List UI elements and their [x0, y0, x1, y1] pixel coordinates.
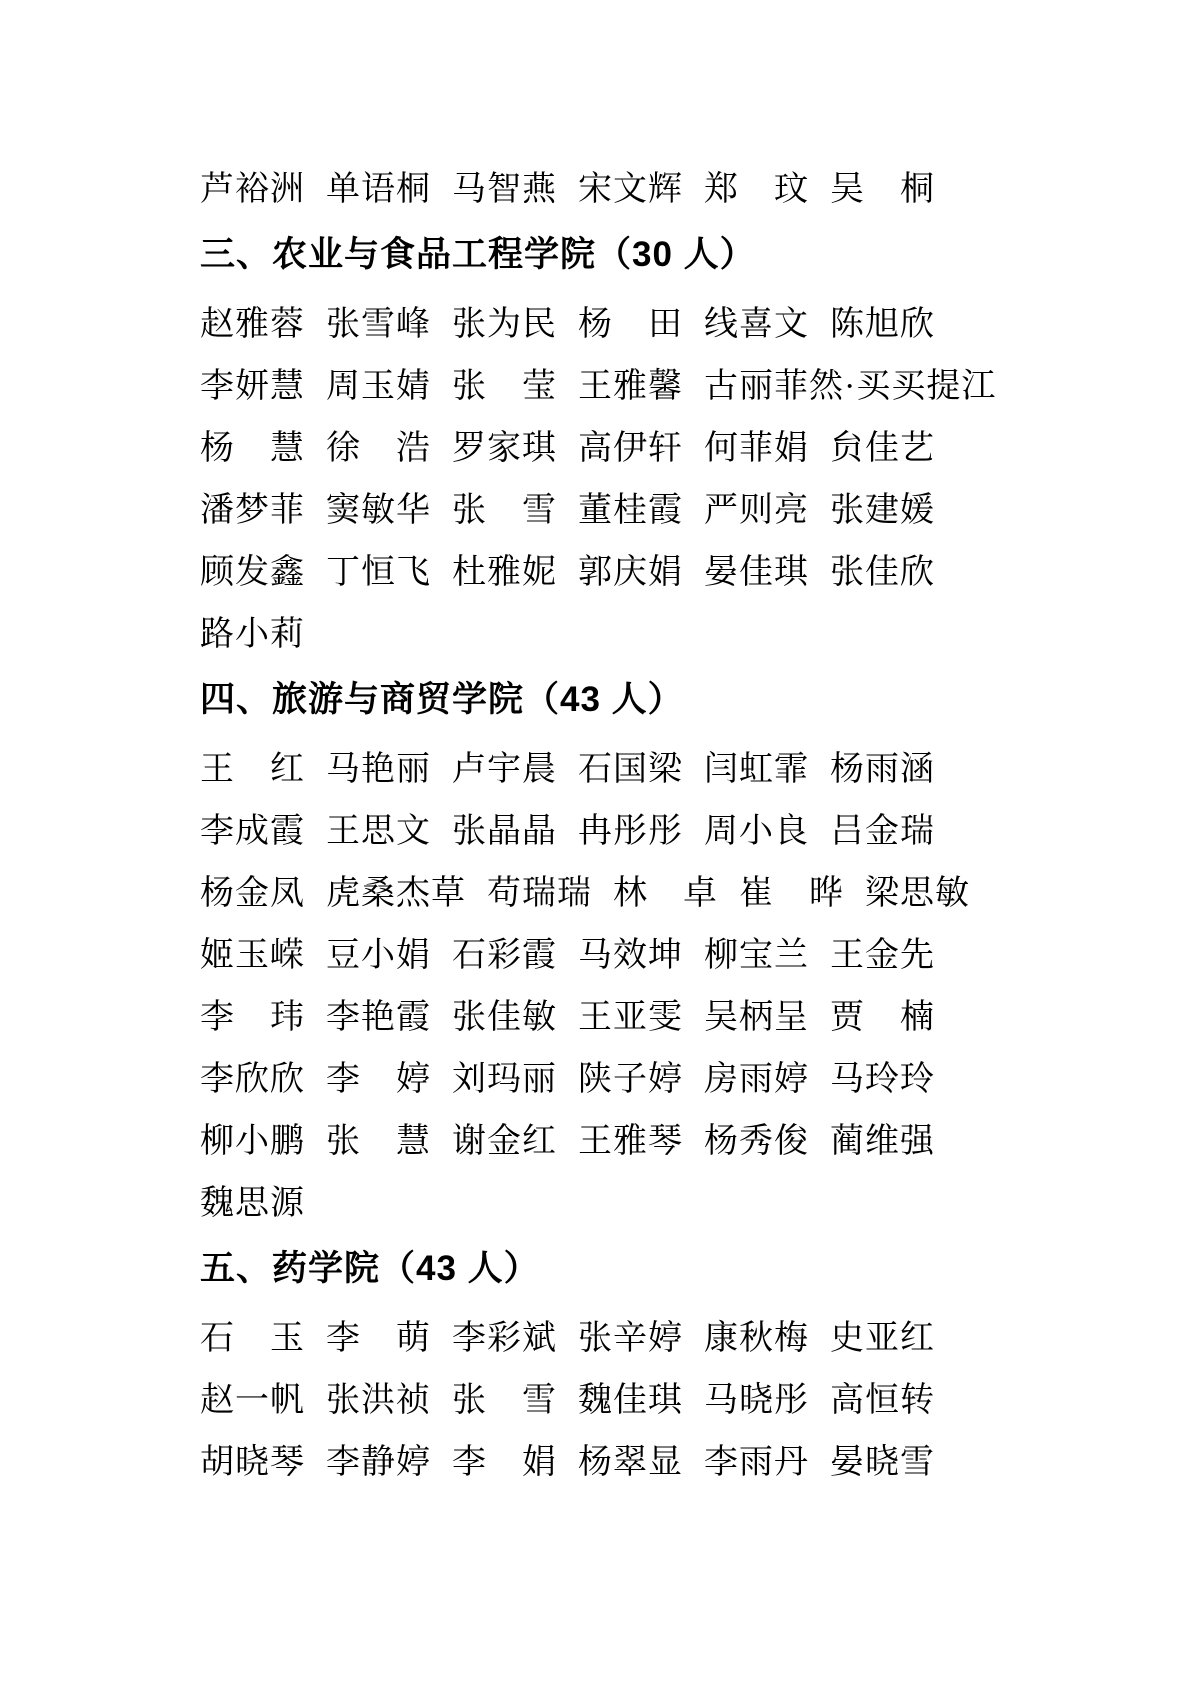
person-name: 卢宇晨 — [452, 752, 557, 787]
person-name: 马艳丽 — [326, 752, 431, 787]
person-name: 梁思敏 — [865, 876, 970, 911]
person-name: 闫虹霏 — [704, 752, 809, 787]
person-name: 石彩霞 — [452, 938, 557, 973]
person-name: 张辛婷 — [578, 1321, 683, 1356]
person-name: 姬玉嵘 — [200, 938, 305, 973]
name-row: 潘梦菲 窦敏华 张 雪 董桂霞 严则亮 张建媛 — [200, 493, 990, 528]
person-name: 赵雅蓉 — [200, 307, 305, 342]
person-name: 杨 田 — [578, 307, 683, 342]
person-name: 晏佳琪 — [704, 555, 809, 590]
person-name: 潘梦菲 — [200, 493, 305, 528]
person-name: 马玲玲 — [830, 1062, 935, 1097]
person-name: 周玉婧 — [326, 369, 431, 404]
section-heading-pharmacy: 五、药学院（43 人） — [200, 1249, 990, 1289]
person-name: 张 慧 — [326, 1124, 431, 1159]
person-name: 郭庆娟 — [578, 555, 683, 590]
person-name: 古丽菲然·买买提江 — [704, 369, 996, 404]
person-name: 杜雅妮 — [452, 555, 557, 590]
person-name: 豆小娟 — [326, 938, 431, 973]
name-row: 赵一帆 张洪祯 张 雪 魏佳琪 马晓彤 高恒转 — [200, 1383, 990, 1418]
person-name: 李 玮 — [200, 1000, 305, 1035]
person-name: 杨雨涵 — [830, 752, 935, 787]
person-name: 谢金红 — [452, 1124, 557, 1159]
person-name: 罗家琪 — [452, 431, 557, 466]
name-row-continuation: 芦裕洲 单语桐 马智燕 宋文辉 郑 玟 吴 桐 — [200, 172, 990, 207]
person-name: 窦敏华 — [326, 493, 431, 528]
person-name: 虎桑杰草 — [326, 876, 466, 911]
person-name: 王金先 — [830, 938, 935, 973]
person-name: 赵一帆 — [200, 1383, 305, 1418]
person-name: 崔 晔 — [739, 876, 844, 911]
person-name: 康秋梅 — [704, 1321, 809, 1356]
person-name: 陕子婷 — [578, 1062, 683, 1097]
person-name: 蔺维强 — [830, 1124, 935, 1159]
person-name: 王 红 — [200, 752, 305, 787]
person-name: 路小莉 — [200, 617, 305, 652]
person-name: 张建媛 — [830, 493, 935, 528]
person-name: 马智燕 — [452, 172, 557, 207]
person-name: 苟瑞瑞 — [487, 876, 592, 911]
section-heading-agriculture-food-engineering: 三、农业与食品工程学院（30 人） — [200, 235, 990, 275]
person-name: 线喜文 — [704, 307, 809, 342]
person-name: 何菲娟 — [704, 431, 809, 466]
person-name: 魏思源 — [200, 1186, 305, 1221]
person-name: 杨秀俊 — [704, 1124, 809, 1159]
person-name: 柳宝兰 — [704, 938, 809, 973]
name-row: 柳小鹏 张 慧 谢金红 王雅琴 杨秀俊 蔺维强 — [200, 1124, 990, 1159]
name-row: 李成霞 王思文 张晶晶 冉彤彤 周小良 吕金瑞 — [200, 814, 990, 849]
person-name: 石国梁 — [578, 752, 683, 787]
person-name: 芦裕洲 — [200, 172, 305, 207]
name-row: 赵雅蓉 张雪峰 张为民 杨 田 线喜文 陈旭欣 — [200, 307, 990, 342]
name-row: 李妍慧 周玉婧 张 莹 王雅馨 古丽菲然·买买提江 — [200, 369, 990, 404]
name-row: 顾发鑫 丁恒飞 杜雅妮 郭庆娟 晏佳琪 张佳欣 — [200, 555, 990, 590]
person-name: 张晶晶 — [452, 814, 557, 849]
person-name: 李艳霞 — [326, 1000, 431, 1035]
person-name: 贠佳艺 — [830, 431, 935, 466]
person-name: 冉彤彤 — [578, 814, 683, 849]
person-name: 单语桐 — [326, 172, 431, 207]
person-name: 王雅馨 — [578, 369, 683, 404]
person-name: 杨翠显 — [578, 1445, 683, 1480]
person-name: 顾发鑫 — [200, 555, 305, 590]
person-name: 贾 楠 — [830, 1000, 935, 1035]
person-name: 王雅琴 — [578, 1124, 683, 1159]
person-name: 杨金凤 — [200, 876, 305, 911]
name-row: 李 玮 李艳霞 张佳敏 王亚雯 吴柄呈 贾 楠 — [200, 1000, 990, 1035]
person-name: 李妍慧 — [200, 369, 305, 404]
person-name: 吴 桐 — [830, 172, 935, 207]
name-row: 杨金凤 虎桑杰草 苟瑞瑞 林 卓 崔 晔 梁思敏 — [200, 876, 990, 911]
person-name: 张佳敏 — [452, 1000, 557, 1035]
section-heading-tourism-commerce: 四、旅游与商贸学院（43 人） — [200, 680, 990, 720]
person-name: 张为民 — [452, 307, 557, 342]
person-name: 石 玉 — [200, 1321, 305, 1356]
person-name: 柳小鹏 — [200, 1124, 305, 1159]
person-name: 晏晓雪 — [830, 1445, 935, 1480]
name-row: 王 红 马艳丽 卢宇晨 石国梁 闫虹霏 杨雨涵 — [200, 752, 990, 787]
person-name: 王亚雯 — [578, 1000, 683, 1035]
name-row: 姬玉嵘 豆小娟 石彩霞 马效坤 柳宝兰 王金先 — [200, 938, 990, 973]
person-name: 张 雪 — [452, 1383, 557, 1418]
person-name: 李雨丹 — [704, 1445, 809, 1480]
person-name: 郑 玟 — [704, 172, 809, 207]
person-name: 李彩斌 — [452, 1321, 557, 1356]
person-name: 严则亮 — [704, 493, 809, 528]
person-name: 周小良 — [704, 814, 809, 849]
person-name: 董桂霞 — [578, 493, 683, 528]
person-name: 胡晓琴 — [200, 1445, 305, 1480]
person-name: 吴柄呈 — [704, 1000, 809, 1035]
person-name: 张 雪 — [452, 493, 557, 528]
person-name: 李 萌 — [326, 1321, 431, 1356]
person-name: 高伊轩 — [578, 431, 683, 466]
name-row: 石 玉 李 萌 李彩斌 张辛婷 康秋梅 史亚红 — [200, 1321, 990, 1356]
person-name: 张雪峰 — [326, 307, 431, 342]
person-name: 刘玛丽 — [452, 1062, 557, 1097]
person-name: 宋文辉 — [578, 172, 683, 207]
person-name: 陈旭欣 — [830, 307, 935, 342]
person-name: 李欣欣 — [200, 1062, 305, 1097]
person-name: 李成霞 — [200, 814, 305, 849]
person-name: 李静婷 — [326, 1445, 431, 1480]
name-row: 李欣欣 李 婷 刘玛丽 陕子婷 房雨婷 马玲玲 — [200, 1062, 990, 1097]
person-name: 吕金瑞 — [830, 814, 935, 849]
person-name: 史亚红 — [830, 1321, 935, 1356]
person-name: 李 婷 — [326, 1062, 431, 1097]
person-name: 丁恒飞 — [326, 555, 431, 590]
name-row: 魏思源 — [200, 1186, 990, 1221]
person-name: 马效坤 — [578, 938, 683, 973]
person-name: 房雨婷 — [704, 1062, 809, 1097]
person-name: 林 卓 — [613, 876, 718, 911]
person-name: 李 娟 — [452, 1445, 557, 1480]
person-name: 张洪祯 — [326, 1383, 431, 1418]
person-name: 魏佳琪 — [578, 1383, 683, 1418]
person-name: 杨 慧 — [200, 431, 305, 466]
person-name: 高恒转 — [830, 1383, 935, 1418]
person-name: 王思文 — [326, 814, 431, 849]
person-name: 马晓彤 — [704, 1383, 809, 1418]
person-name: 张佳欣 — [830, 555, 935, 590]
name-row: 胡晓琴 李静婷 李 娟 杨翠显 李雨丹 晏晓雪 — [200, 1445, 990, 1480]
document-page: 芦裕洲 单语桐 马智燕 宋文辉 郑 玟 吴 桐 三、农业与食品工程学院（30 人… — [0, 0, 1190, 1683]
name-row: 杨 慧 徐 浩 罗家琪 高伊轩 何菲娟 贠佳艺 — [200, 431, 990, 466]
person-name: 张 莹 — [452, 369, 557, 404]
person-name: 徐 浩 — [326, 431, 431, 466]
name-row: 路小莉 — [200, 617, 990, 652]
